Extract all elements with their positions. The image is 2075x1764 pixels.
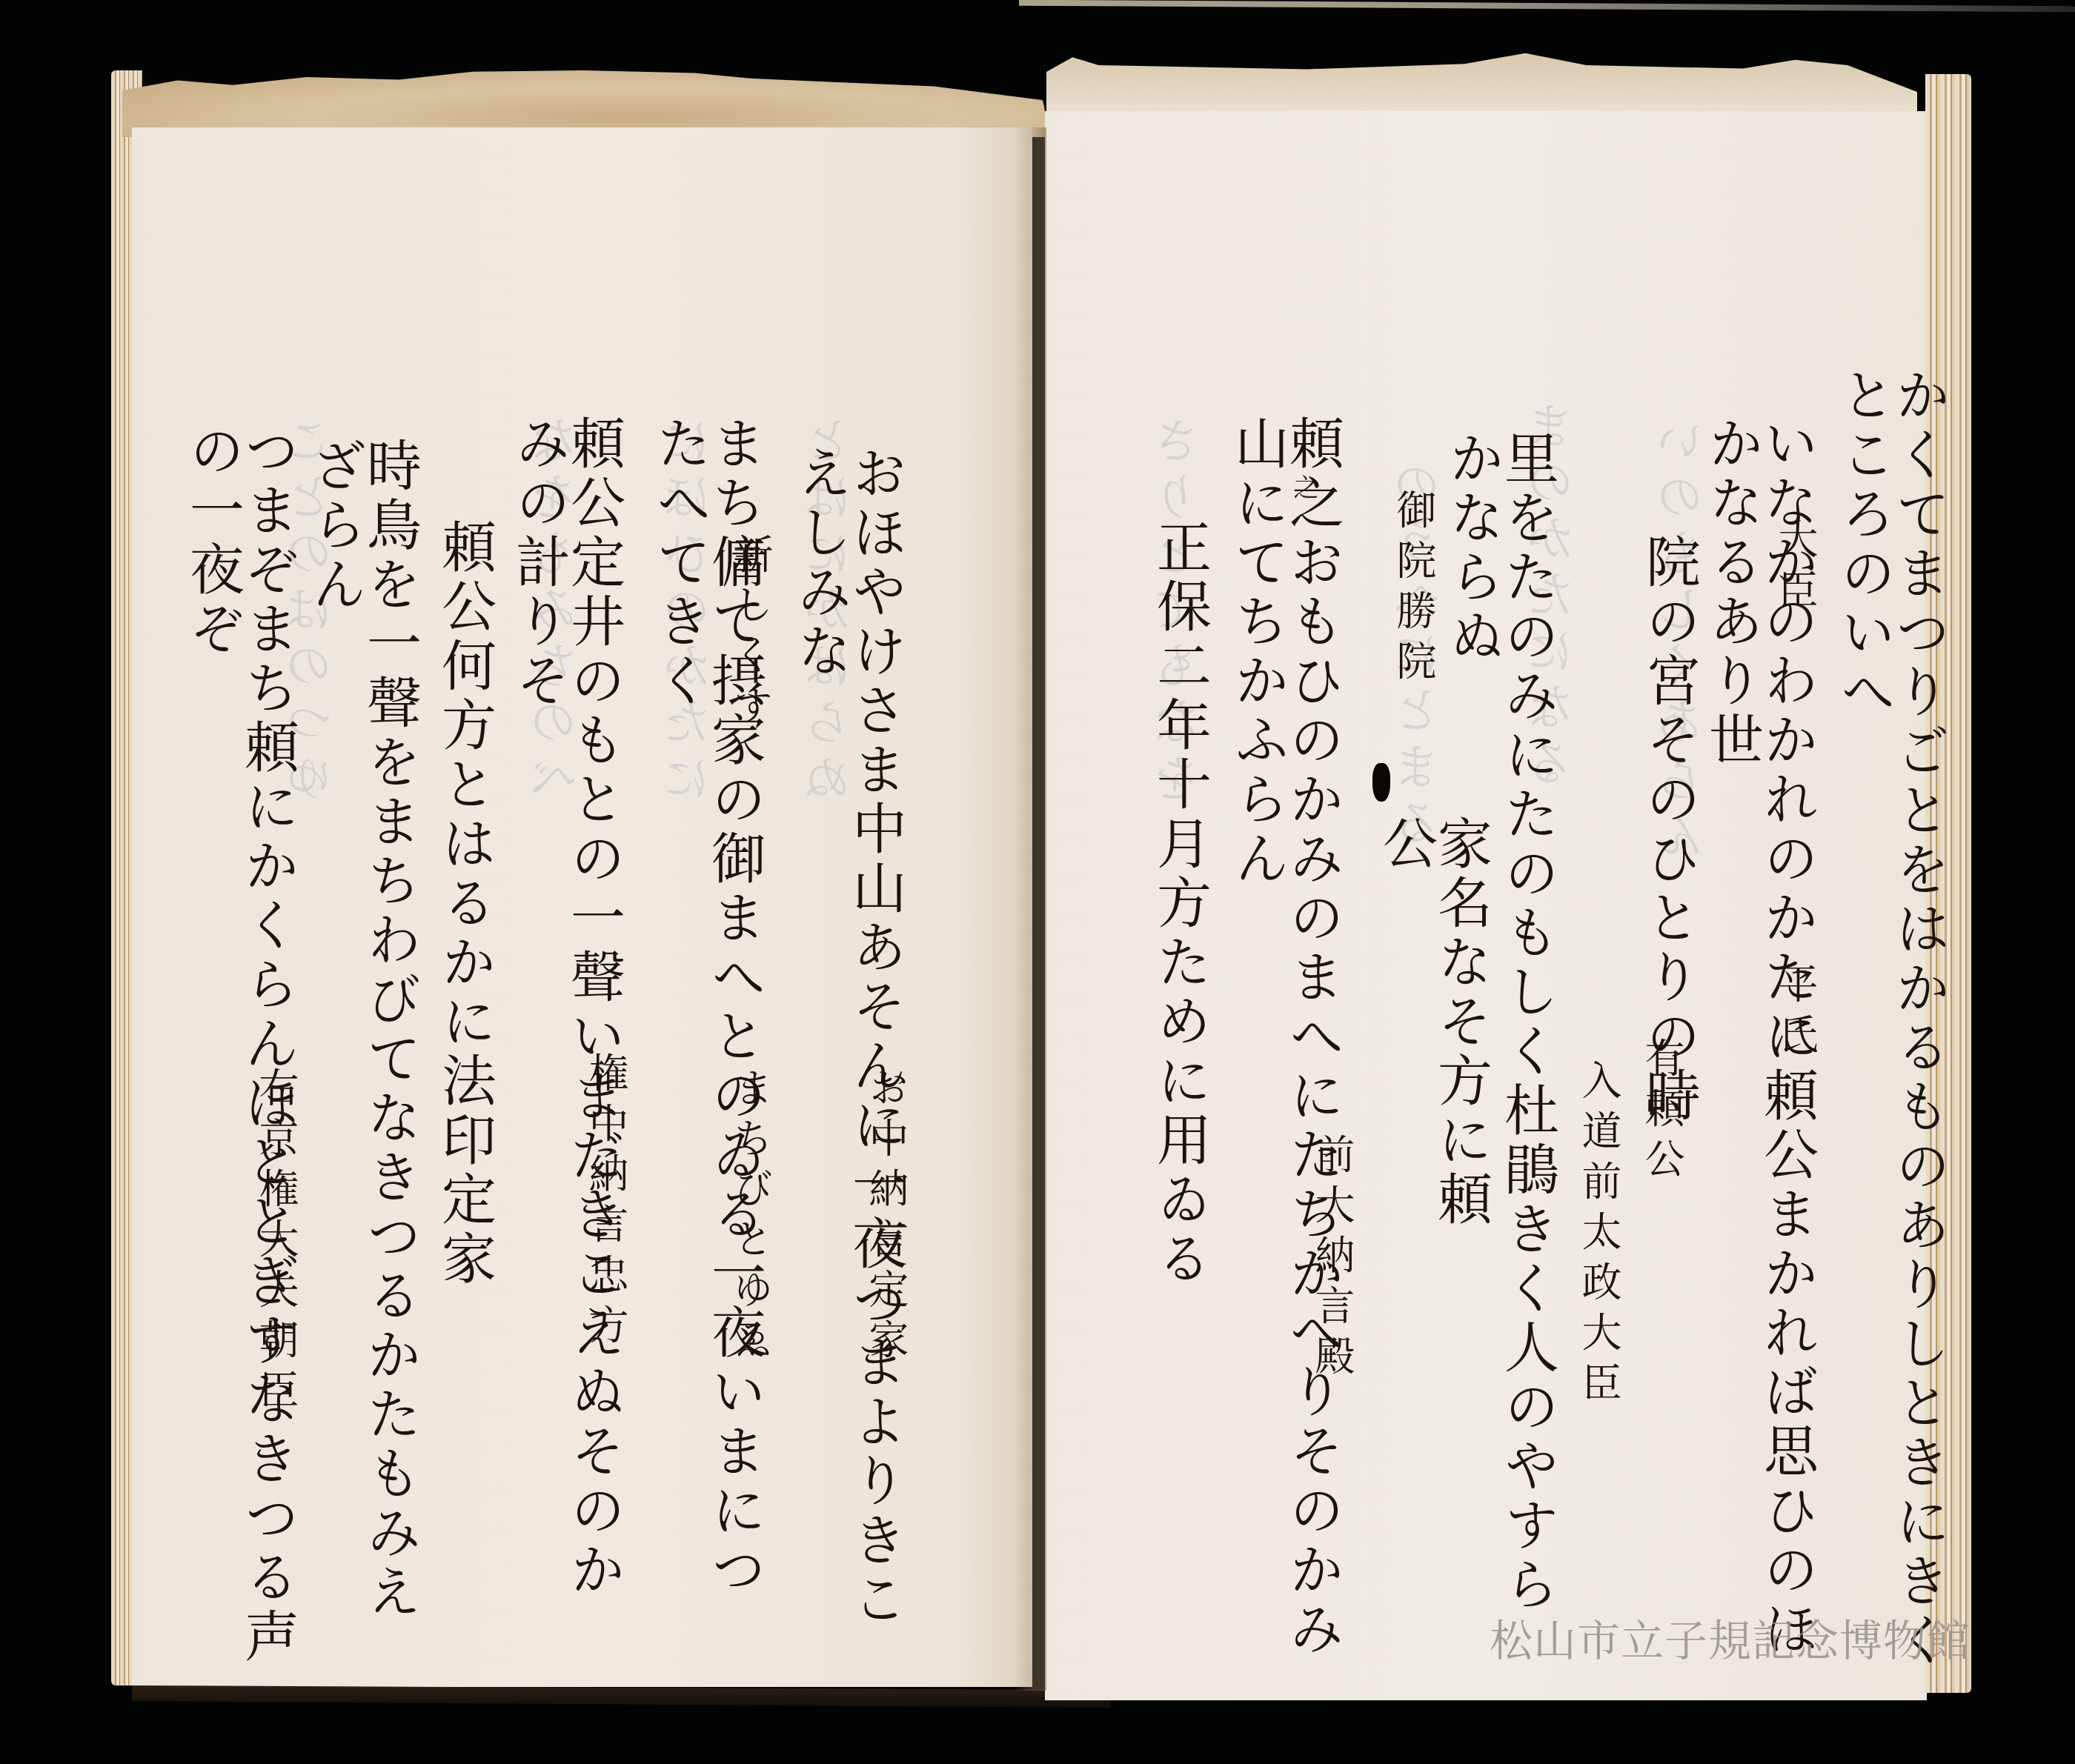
left-col-10: つまぞまち頼にかくらんほととぎすなきつる声の一夜ぞ (185, 422, 295, 1682)
museum-watermark: 松山市立子規記念博物館 (1490, 1606, 1971, 1668)
left-col-4: まち傭て摂家の御まへとのゐる一夜いまにつたへてきく (652, 415, 762, 1637)
left-col-7: 頼公何方とはるかに法印定家 (437, 519, 492, 1482)
left-col-8: 時鳥を一聲をまちわびてなきつるかたもみえざらん (308, 437, 417, 1660)
right-col-4b: 有頼公 (1641, 1037, 1681, 1188)
photograph: いのもしくあらん まのかたになる のうへにとまる さりとてもなを とはにかはらぬ… (0, 0, 2075, 1764)
right-col-3: いなかのわかれのかたに頼公まかれば思ひのほかなるあり世 (1704, 415, 1814, 1674)
right-col-1: かくてまつりごとをはかるものありしときにきくところのいへ (1836, 367, 1946, 1700)
background-strip (1019, 0, 2075, 12)
right-col-7: 御院勝院 (1393, 489, 1433, 690)
right-col-10: 正保二年十月方ために用ゐる (1152, 519, 1207, 1482)
left-col-6: 頼公定井のもとの一聲いまだきこえぬそのかみの計りそ (511, 415, 621, 1637)
right-col-9: 頼之おもひのかみのまへにたちかへりそのかみ山にてちかふらん (1230, 415, 1340, 1674)
right-col-7b: 家名なそ方に頼公 (1378, 815, 1488, 1259)
left-col-2: おほやけさま中山あそんに一夜つまよりきこえしみな (793, 445, 903, 1667)
right-page-aged-top-edge (1046, 52, 1917, 119)
ink-blot (1372, 763, 1390, 802)
book-bottom-shadow (132, 1685, 1110, 1708)
right-col-5: 入道前太政大臣 (1578, 1059, 1618, 1412)
book-gutter (1014, 127, 1046, 1691)
